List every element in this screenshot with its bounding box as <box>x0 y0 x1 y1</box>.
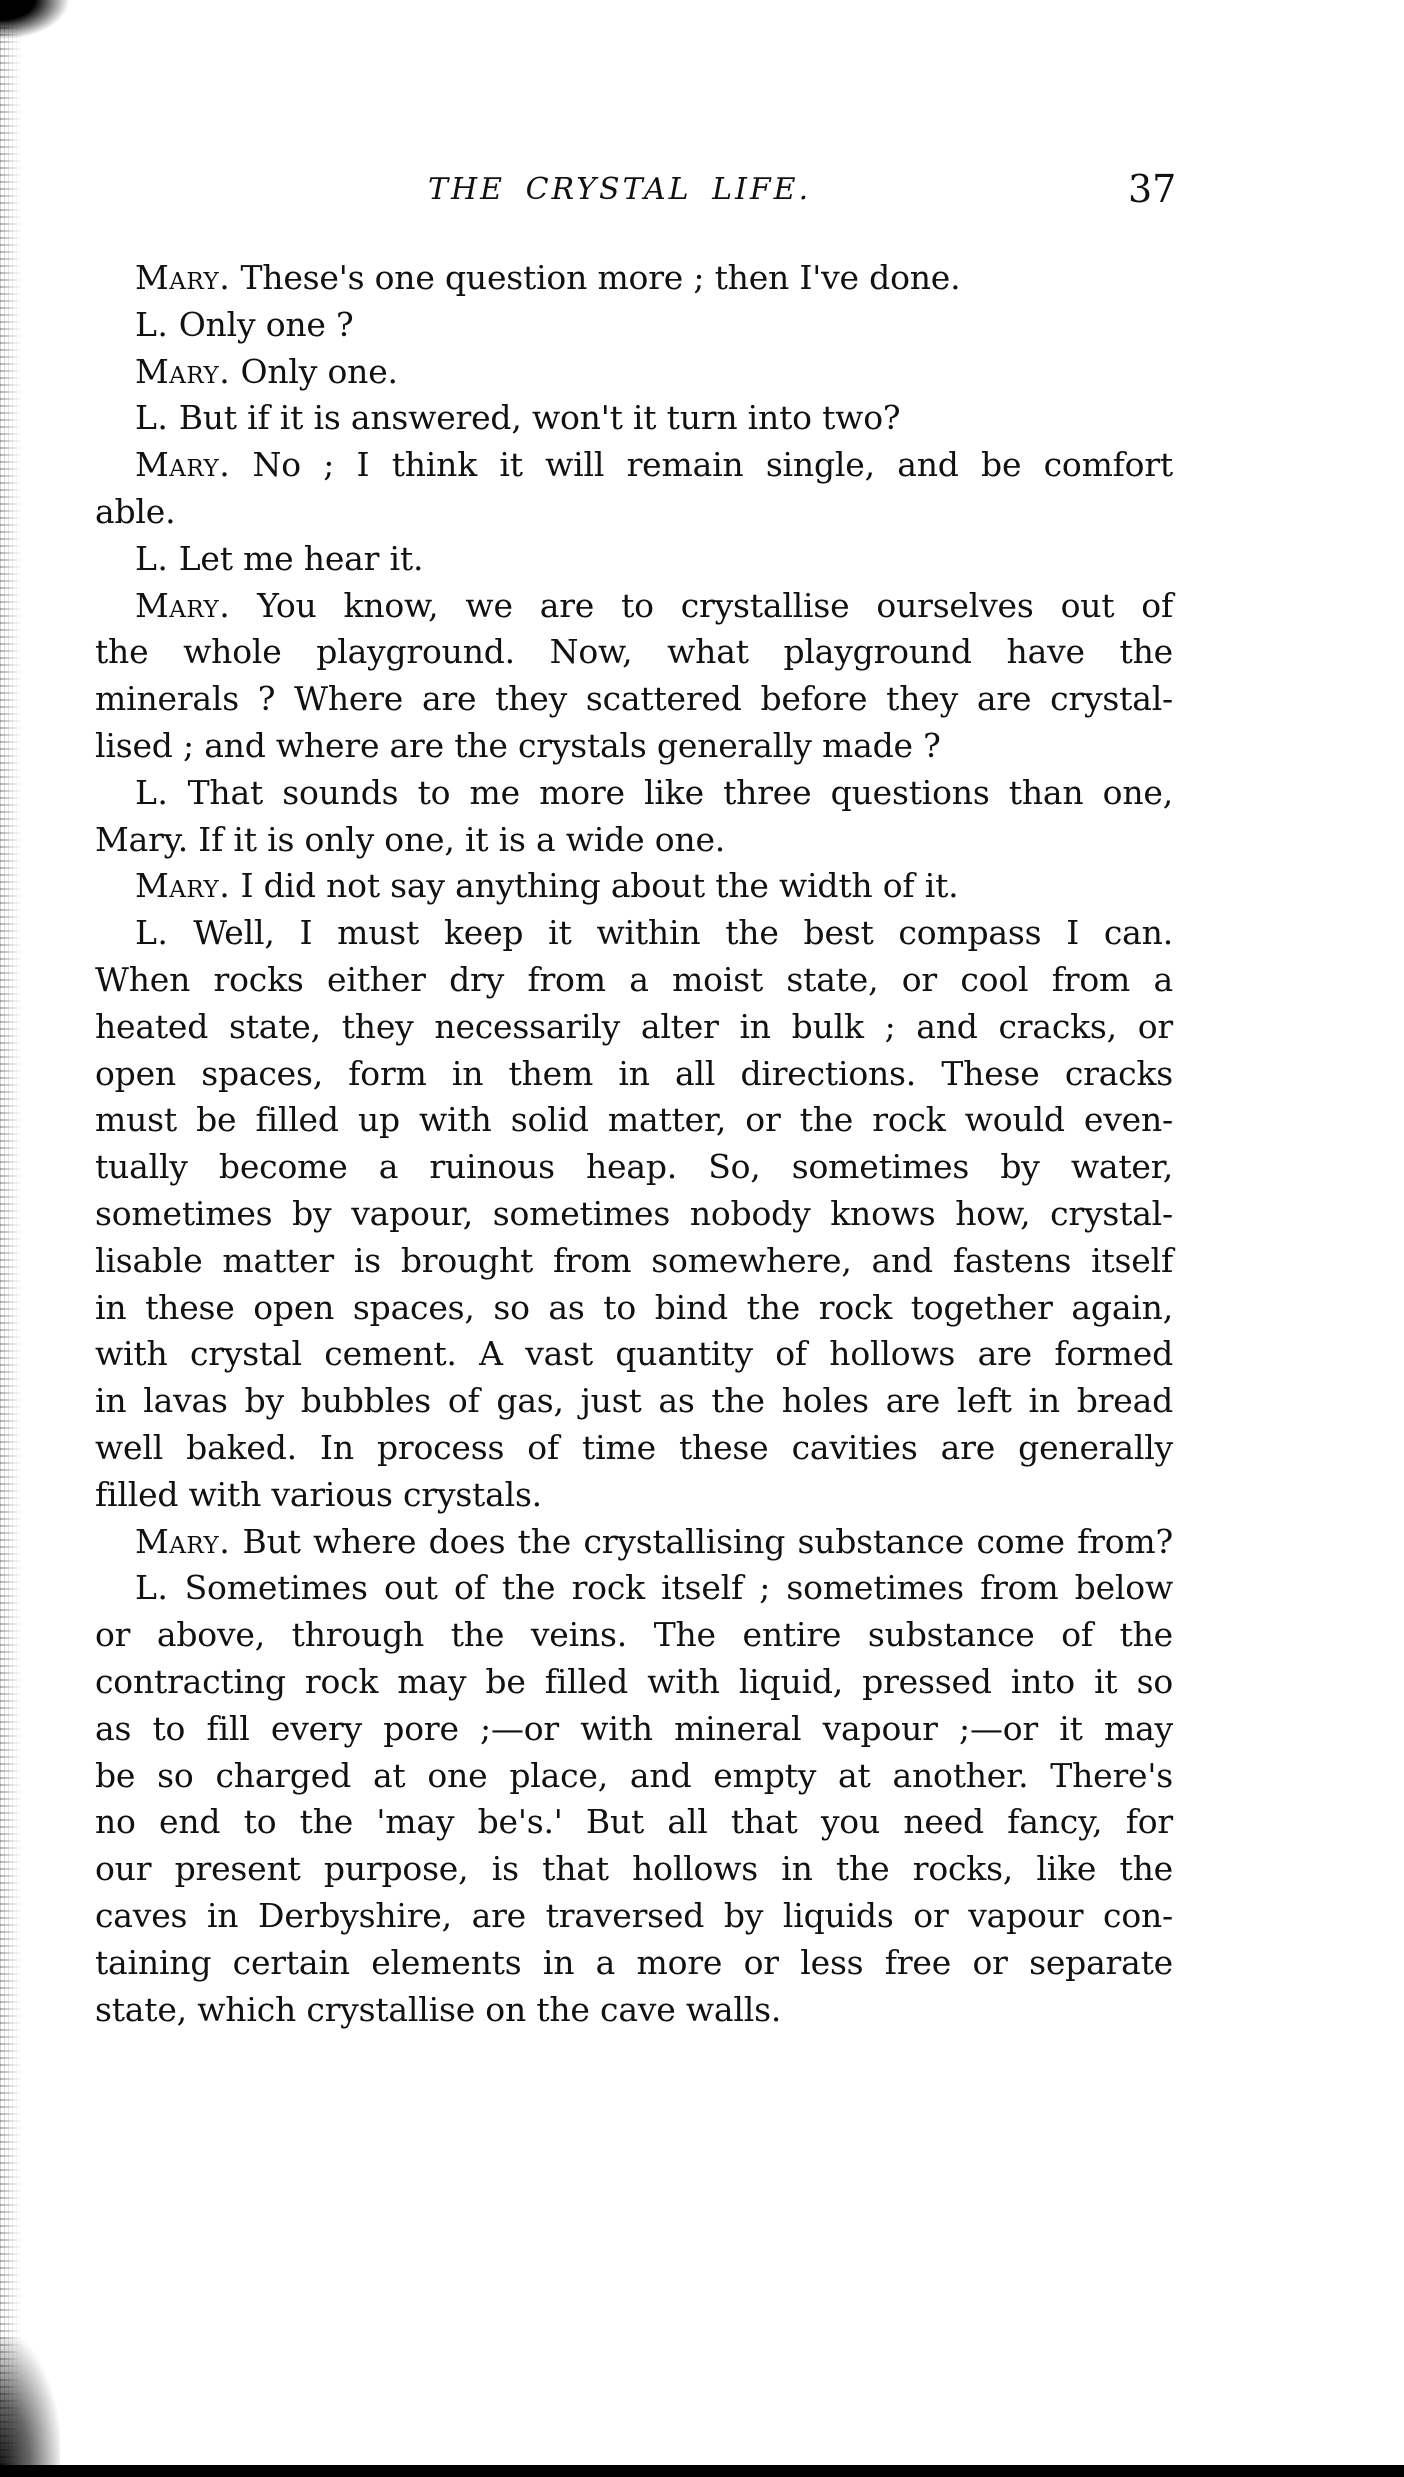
line-text: contracting rock may be filled with liqu… <box>95 1662 1173 1701</box>
text-line-content: Mary. Only one. <box>135 348 1173 395</box>
text-line: L. Sometimes out of the rock itself ; so… <box>135 1564 1173 1611</box>
text-line: heated state, they necessarily alter in … <box>95 1003 1173 1050</box>
text-line-content: L. Well, I must keep it within the best … <box>135 909 1173 956</box>
text-line-content: Mary. These's one question more ; then I… <box>135 254 1173 301</box>
line-text: lised ; and where are the crystals gener… <box>95 726 941 765</box>
line-text: open spaces, form in them in all directi… <box>95 1054 1173 1093</box>
text-line: Mary. I did not say anything about the w… <box>135 862 1173 909</box>
text-line: Mary. These's one question more ; then I… <box>135 254 1173 301</box>
text-line: must be filled up with solid matter, or … <box>95 1096 1173 1143</box>
text-line: L. That sounds to me more like three que… <box>135 769 1173 816</box>
text-line: in lavas by bubbles of gas, just as the … <box>95 1377 1173 1424</box>
text-line: well baked. In process of time these cav… <box>95 1424 1173 1471</box>
line-text: or above, through the veins. The entire … <box>95 1615 1173 1654</box>
line-text: That sounds to me more like three questi… <box>168 773 1173 812</box>
scan-bottom-border <box>0 2465 1404 2477</box>
text-line: be so charged at one place, and empty at… <box>95 1752 1173 1799</box>
text-line-content: L. That sounds to me more like three que… <box>135 769 1173 816</box>
speaker-label: Mary. <box>135 1522 230 1561</box>
text-line: sometimes by vapour, sometimes nobody kn… <box>95 1190 1173 1237</box>
line-text: must be filled up with solid matter, or … <box>95 1100 1173 1139</box>
speaker-label: Mary. <box>135 352 230 391</box>
text-line: or above, through the veins. The entire … <box>95 1611 1173 1658</box>
text-line: taining certain elements in a more or le… <box>95 1939 1173 1986</box>
line-text: heated state, they necessarily alter in … <box>95 1007 1173 1046</box>
text-line: Mary. You know, we are to crystallise ou… <box>135 582 1173 629</box>
text-line: L. Well, I must keep it within the best … <box>135 909 1173 956</box>
text-line-content: caves in Derbyshire, are traversed by li… <box>95 1892 1173 1939</box>
text-line: L. Only one ? <box>135 301 1173 348</box>
text-line-content: in these open spaces, so as to bind the … <box>95 1284 1173 1331</box>
text-line-content: L. Let me hear it. <box>135 535 1173 582</box>
text-line: L. But if it is answered, won't it turn … <box>135 394 1173 441</box>
text-line: filled with various crystals. <box>95 1471 1173 1518</box>
page-number: 37 <box>1128 167 1176 211</box>
text-line-content: L. Only one ? <box>135 301 1173 348</box>
text-line: the whole playground. Now, what playgrou… <box>95 628 1173 675</box>
text-line-content: Mary. You know, we are to crystallise ou… <box>135 582 1173 629</box>
text-line-content: sometimes by vapour, sometimes nobody kn… <box>95 1190 1173 1237</box>
speaker-label: L. <box>135 913 168 952</box>
line-text: Well, I must keep it within the best com… <box>168 913 1173 952</box>
line-text: I did not say anything about the width o… <box>230 866 958 905</box>
book-page: THE CRYSTAL LIFE. 37 Mary. These's one q… <box>0 0 1404 2477</box>
line-text: filled with various crystals. <box>95 1475 542 1514</box>
speaker-label: L. <box>135 1568 168 1607</box>
text-line: Mary. If it is only one, it is a wide on… <box>95 816 1173 863</box>
text-line-content: Mary. I did not say anything about the w… <box>135 862 1173 909</box>
line-text: sometimes by vapour, sometimes nobody kn… <box>95 1194 1173 1233</box>
text-line: Mary. But where does the crystallising s… <box>135 1518 1173 1565</box>
text-line-content: lisable matter is brought from somewhere… <box>95 1237 1173 1284</box>
line-text: with crystal cement. A vast quantity of … <box>95 1334 1173 1373</box>
speaker-label: L. <box>135 773 168 812</box>
scan-bottom-corner-shadow <box>0 2337 60 2467</box>
speaker-label: Mary. <box>135 445 230 484</box>
text-line-content: filled with various crystals. <box>95 1471 1173 1518</box>
text-line: in these open spaces, so as to bind the … <box>95 1284 1173 1331</box>
text-line: minerals ? Where are they scattered befo… <box>95 675 1173 722</box>
text-line: open spaces, form in them in all directi… <box>95 1050 1173 1097</box>
text-line: contracting rock may be filled with liqu… <box>95 1658 1173 1705</box>
line-text: Let me hear it. <box>168 539 423 578</box>
text-line-content: state, which crystallise on the cave wal… <box>95 1986 1173 2033</box>
line-text: our present purpose, is that hollows in … <box>95 1849 1173 1888</box>
speaker-label: L. <box>135 398 168 437</box>
speaker-label: Mary. <box>135 586 230 625</box>
text-line-content: our present purpose, is that hollows in … <box>95 1845 1173 1892</box>
speaker-label: Mary. <box>135 866 230 905</box>
speaker-label: Mary. <box>135 258 230 297</box>
line-text: minerals ? Where are they scattered befo… <box>95 679 1173 718</box>
text-line-content: lised ; and where are the crystals gener… <box>95 722 1173 769</box>
line-text: as to fill every pore ;—or with mineral … <box>95 1709 1173 1748</box>
text-line-content: L. Sometimes out of the rock itself ; so… <box>135 1564 1173 1611</box>
text-line: lisable matter is brought from somewhere… <box>95 1237 1173 1284</box>
text-line: as to fill every pore ;—or with mineral … <box>95 1705 1173 1752</box>
line-text: in these open spaces, so as to bind the … <box>95 1288 1173 1327</box>
text-line: state, which crystallise on the cave wal… <box>95 1986 1173 2033</box>
text-line: lised ; and where are the crystals gener… <box>95 722 1173 769</box>
text-line: Mary. No ; I think it will remain single… <box>135 441 1173 488</box>
line-text: state, which crystallise on the cave wal… <box>95 1990 781 2029</box>
text-line-content: minerals ? Where are they scattered befo… <box>95 675 1173 722</box>
text-line: with crystal cement. A vast quantity of … <box>95 1330 1173 1377</box>
line-text: be so charged at one place, and empty at… <box>95 1756 1173 1795</box>
speaker-label: L. <box>135 539 168 578</box>
line-text: in lavas by bubbles of gas, just as the … <box>95 1381 1173 1420</box>
text-line-content: tually become a ruinous heap. So, someti… <box>95 1143 1173 1190</box>
text-line: caves in Derbyshire, are traversed by li… <box>95 1892 1173 1939</box>
text-line-content: able. <box>95 488 1173 535</box>
line-text: lisable matter is brought from somewhere… <box>95 1241 1173 1280</box>
text-line: tually become a ruinous heap. So, someti… <box>95 1143 1173 1190</box>
line-text: But if it is answered, won't it turn int… <box>168 398 900 437</box>
line-text: caves in Derbyshire, are traversed by li… <box>95 1896 1173 1935</box>
line-text: taining certain elements in a more or le… <box>95 1943 1173 1982</box>
text-line-content: with crystal cement. A vast quantity of … <box>95 1330 1173 1377</box>
text-line: no end to the 'may be's.' But all that y… <box>95 1798 1173 1845</box>
line-text: You know, we are to crystallise ourselve… <box>230 586 1173 625</box>
line-text: Mary. If it is only one, it is a wide on… <box>95 820 725 859</box>
line-text: These's one question more ; then I've do… <box>230 258 960 297</box>
speaker-label: L. <box>135 305 168 344</box>
text-line: When rocks either dry from a moist state… <box>95 956 1173 1003</box>
text-line-content: L. But if it is answered, won't it turn … <box>135 394 1173 441</box>
text-line-content: contracting rock may be filled with liqu… <box>95 1658 1173 1705</box>
text-line-content: Mary. No ; I think it will remain single… <box>135 441 1173 488</box>
line-text: the whole playground. Now, what playgrou… <box>95 632 1173 671</box>
running-head: THE CRYSTAL LIFE. <box>428 170 811 210</box>
line-text: When rocks either dry from a moist state… <box>95 960 1173 999</box>
text-line-content: as to fill every pore ;—or with mineral … <box>95 1705 1173 1752</box>
line-text: Only one. <box>230 352 398 391</box>
line-text: no end to the 'may be's.' But all that y… <box>95 1802 1173 1841</box>
line-text: Only one ? <box>168 305 353 344</box>
text-line-content: heated state, they necessarily alter in … <box>95 1003 1173 1050</box>
line-text: able. <box>95 492 175 531</box>
scan-binding-edge <box>0 0 22 2465</box>
text-line-content: Mary. But where does the crystallising s… <box>135 1518 1173 1565</box>
line-text: But where does the crystallising substan… <box>230 1522 1173 1561</box>
text-line-content: or above, through the veins. The entire … <box>95 1611 1173 1658</box>
text-line-content: in lavas by bubbles of gas, just as the … <box>95 1377 1173 1424</box>
text-line-content: the whole playground. Now, what playgrou… <box>95 628 1173 675</box>
text-line-content: open spaces, form in them in all directi… <box>95 1050 1173 1097</box>
text-line-content: Mary. If it is only one, it is a wide on… <box>95 816 1173 863</box>
line-text: tually become a ruinous heap. So, someti… <box>95 1147 1173 1186</box>
line-text: well baked. In process of time these cav… <box>95 1428 1173 1467</box>
text-line-content: When rocks either dry from a moist state… <box>95 956 1173 1003</box>
text-line-content: no end to the 'may be's.' But all that y… <box>95 1798 1173 1845</box>
line-text: No ; I think it will remain single, and … <box>230 445 1173 484</box>
text-line-content: be so charged at one place, and empty at… <box>95 1752 1173 1799</box>
line-text: Sometimes out of the rock itself ; somet… <box>168 1568 1173 1607</box>
text-line-content: well baked. In process of time these cav… <box>95 1424 1173 1471</box>
text-line: Mary. Only one. <box>135 348 1173 395</box>
text-line: able. <box>95 488 1173 535</box>
text-line: our present purpose, is that hollows in … <box>95 1845 1173 1892</box>
text-line: L. Let me hear it. <box>135 535 1173 582</box>
text-line-content: taining certain elements in a more or le… <box>95 1939 1173 1986</box>
text-line-content: must be filled up with solid matter, or … <box>95 1096 1173 1143</box>
